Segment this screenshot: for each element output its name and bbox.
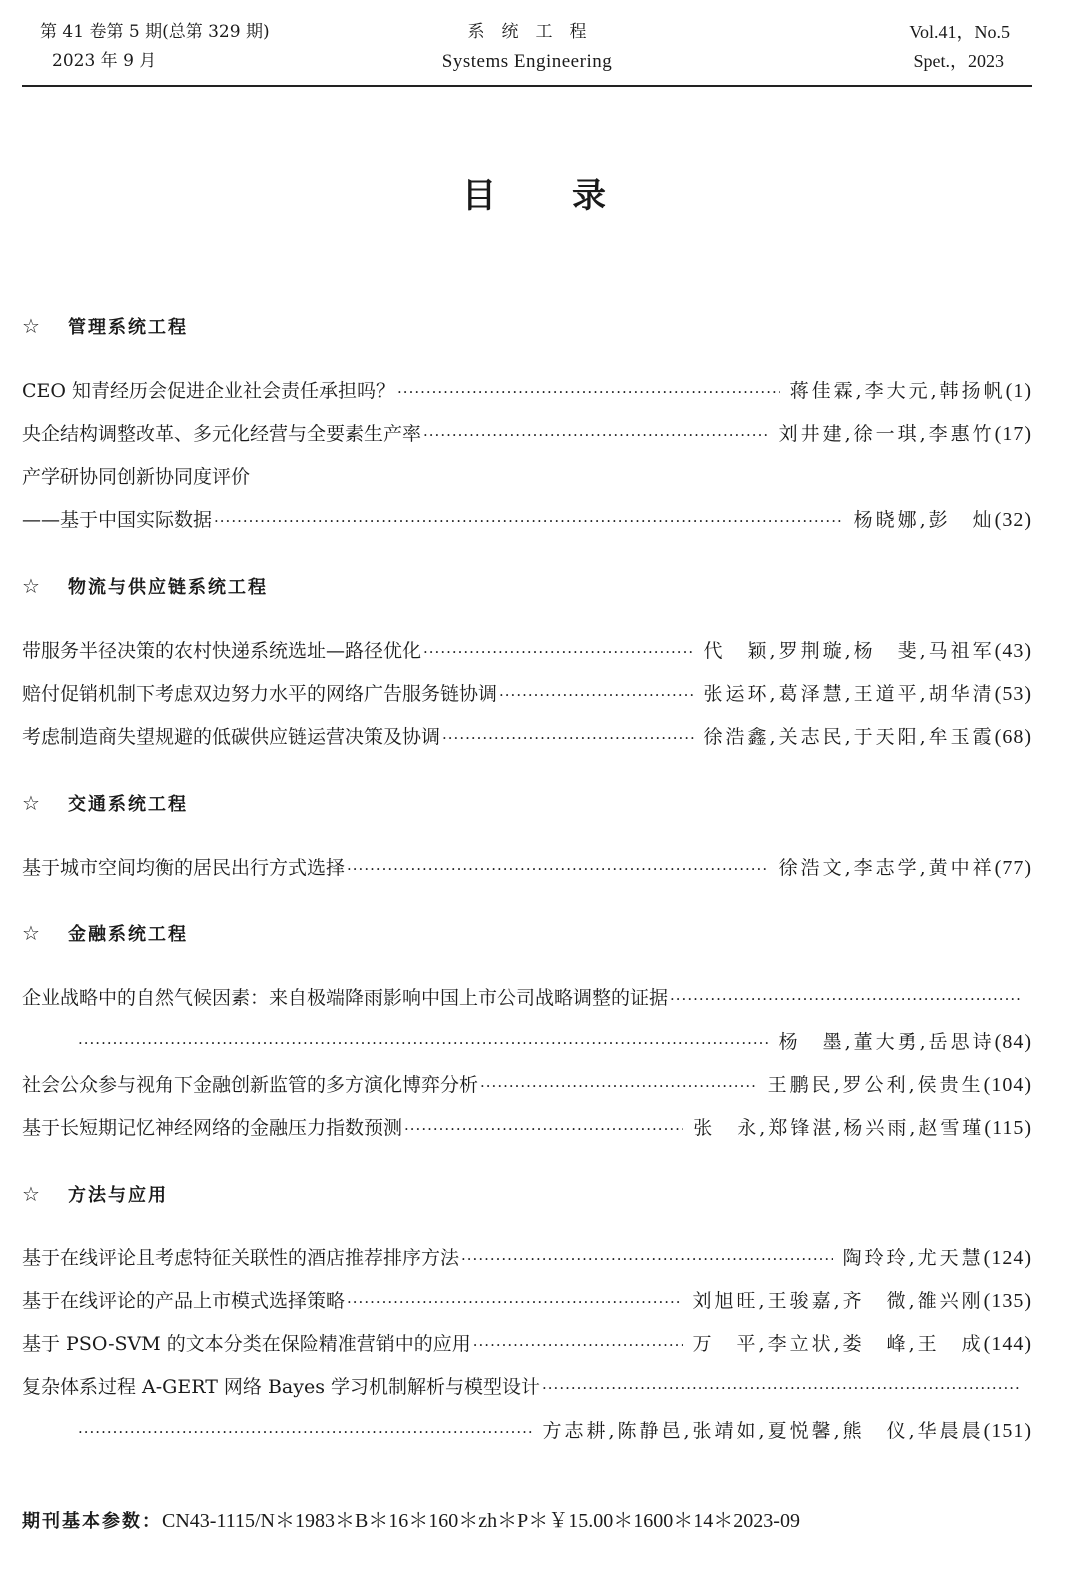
article-title: 基于长短期记忆神经网络的金融压力指数预测 [22, 1113, 402, 1140]
page-number: (68) [995, 726, 1032, 749]
toc-entry[interactable]: 基于在线评论且考虑特征关联性的酒店推荐排序方法 陶玲玲,尤天慧 (124) [22, 1243, 1032, 1273]
toc-entry[interactable]: 基于在线评论的产品上市模式选择策略 刘旭旺,王骏嘉,齐 微,雒兴刚 (135) [22, 1286, 1032, 1316]
article-title: 基于在线评论的产品上市模式选择策略 [22, 1286, 345, 1313]
toc-entry-title-line[interactable]: 复杂体系过程 A-GERT 网络 Bayes 学习机制解析与模型设计 [22, 1372, 1032, 1402]
toc-entry[interactable]: 基于 PSO-SVM 的文本分类在保险精准营销中的应用 万 平,李立状,娄 峰,… [22, 1329, 1032, 1359]
page-number: (151) [984, 1420, 1032, 1443]
article-title: 考虑制造商失望规避的低碳供应链运营决策及协调 [22, 722, 440, 749]
toc-entry[interactable]: 央企结构调整改革、多元化经营与全要素生产率 刘井建,徐一琪,李惠竹 (17) [22, 419, 1032, 449]
header-divider [22, 85, 1032, 87]
page-number: (124) [984, 1247, 1032, 1270]
toc-entry[interactable]: 方志耕,陈静邑,张靖如,夏悦馨,熊 仪,华晨晨 (151) [22, 1416, 1032, 1446]
article-authors: 王鹏民,罗公利,侯贵生 [768, 1070, 984, 1097]
page-number: (17) [995, 423, 1032, 446]
toc-entry[interactable]: 杨 墨,董大勇,岳思诗 (84) [22, 1027, 1032, 1057]
leader-dots [461, 1250, 833, 1268]
page-number: (144) [984, 1333, 1032, 1356]
page-number: (77) [995, 857, 1032, 880]
page-number: (115) [984, 1117, 1032, 1140]
section-title: 交通系统工程 [68, 794, 188, 815]
section-title: 物流与供应链系统工程 [68, 577, 268, 598]
article-authors: 代 颖,罗荆璇,杨 斐,马祖军 [704, 636, 995, 663]
journal-name: 系统工程 Systems Engineering [22, 18, 1032, 76]
journal-name-cn: 系统工程 [22, 18, 1032, 47]
leader-dots [499, 686, 694, 704]
parameters-value: CN43-1115/N＊1983＊B＊16＊160＊zh＊P＊￥15.00＊16… [162, 1510, 800, 1532]
leader-dots [480, 1077, 758, 1095]
page-number: (84) [995, 1031, 1032, 1054]
section-title: 金融系统工程 [68, 924, 188, 945]
article-authors: 张 永,郑锋湛,杨兴雨,赵雪瑾 [693, 1113, 984, 1140]
article-title: 产学研协同创新协同度评价 [22, 462, 250, 489]
date-en: Spet.，2023 [909, 47, 1010, 76]
star-icon: ☆ [22, 574, 68, 598]
journal-header: 第 41 卷第 5 期(总第 329 期) 2023 年 9 月 系统工程 Sy… [22, 18, 1032, 88]
star-icon: ☆ [22, 314, 68, 338]
toc-entry[interactable]: 赔付促销机制下考虑双边努力水平的网络广告服务链协调 张运环,葛泽慧,王道平,胡华… [22, 679, 1032, 709]
star-icon: ☆ [22, 1182, 68, 1206]
toc-entry[interactable]: 社会公众参与视角下金融创新监管的多方演化博弈分析 王鹏民,罗公利,侯贵生 (10… [22, 1070, 1032, 1100]
section-heading: ☆管理系统工程 [22, 313, 188, 339]
toc-entry-title-line[interactable]: 企业战略中的自然气候因素：来自极端降雨影响中国上市公司战略调整的证据 [22, 983, 1032, 1013]
leader-dots [670, 990, 1022, 1008]
page-title: 目录 [0, 168, 1068, 217]
volume-info-en: Vol.41，No.5 Spet.，2023 [909, 18, 1010, 76]
journal-parameters: 期刊基本参数：CN43-1115/N＊1983＊B＊16＊160＊zh＊P＊￥1… [22, 1504, 800, 1533]
article-title: 基于在线评论且考虑特征关联性的酒店推荐排序方法 [22, 1243, 459, 1270]
article-title: 赔付促销机制下考虑双边努力水平的网络广告服务链协调 [22, 679, 497, 706]
article-title: 带服务半径决策的农村快递系统选址—路径优化 [22, 636, 421, 663]
toc-entry[interactable]: 基于城市空间均衡的居民出行方式选择 徐浩文,李志学,黄中祥 (77) [22, 853, 1032, 883]
toc-entry[interactable]: CEO 知青经历会促进企业社会责任承担吗？ 蒋佳霖,李大元,韩扬帆 (1) [22, 376, 1032, 406]
page-number: (135) [984, 1290, 1032, 1313]
page-number: (104) [984, 1074, 1032, 1097]
star-icon: ☆ [22, 791, 68, 815]
leader-dots [214, 512, 844, 530]
toc-entry-title-line[interactable]: 产学研协同创新协同度评价 [22, 462, 1032, 492]
leader-dots [347, 1293, 683, 1311]
article-authors: 刘旭旺,王骏嘉,齐 微,雒兴刚 [693, 1286, 984, 1313]
page-number: (32) [995, 509, 1032, 532]
article-title: 复杂体系过程 A-GERT 网络 Bayes 学习机制解析与模型设计 [22, 1372, 540, 1399]
vol-no: Vol.41，No.5 [909, 18, 1010, 47]
section-heading: ☆金融系统工程 [22, 920, 188, 946]
parameters-label: 期刊基本参数： [22, 1511, 162, 1532]
article-authors: 张运环,葛泽慧,王道平,胡华清 [704, 679, 995, 706]
toc-entry[interactable]: 考虑制造商失望规避的低碳供应链运营决策及协调 徐浩鑫,关志民,于天阳,牟玉霞 (… [22, 722, 1032, 752]
journal-name-en: Systems Engineering [22, 47, 1032, 76]
article-title: 央企结构调整改革、多元化经营与全要素生产率 [22, 419, 421, 446]
leader-dots [78, 1423, 532, 1441]
section-heading: ☆物流与供应链系统工程 [22, 573, 268, 599]
toc-entry[interactable]: 带服务半径决策的农村快递系统选址—路径优化 代 颖,罗荆璇,杨 斐,马祖军 (4… [22, 636, 1032, 666]
article-authors: 万 平,李立状,娄 峰,王 成 [693, 1329, 984, 1356]
toc-entry[interactable]: ——基于中国实际数据 杨晓娜,彭 灿 (32) [22, 505, 1032, 535]
leader-dots [542, 1379, 1022, 1397]
toc-entry[interactable]: 基于长短期记忆神经网络的金融压力指数预测 张 永,郑锋湛,杨兴雨,赵雪瑾 (11… [22, 1113, 1032, 1143]
star-icon: ☆ [22, 921, 68, 945]
section-title: 方法与应用 [68, 1185, 168, 1206]
article-authors: 徐浩鑫,关志民,于天阳,牟玉霞 [704, 722, 995, 749]
article-title: 社会公众参与视角下金融创新监管的多方演化博弈分析 [22, 1070, 478, 1097]
leader-dots [442, 729, 694, 747]
leader-dots [404, 1120, 683, 1138]
article-authors: 徐浩文,李志学,黄中祥 [779, 853, 995, 880]
page-number: (53) [995, 683, 1032, 706]
article-authors: 蒋佳霖,李大元,韩扬帆 [790, 376, 1006, 403]
article-authors: 陶玲玲,尤天慧 [843, 1243, 984, 1270]
leader-dots [397, 383, 780, 401]
leader-dots [347, 860, 769, 878]
leader-dots [78, 1034, 769, 1052]
article-title: CEO 知青经历会促进企业社会责任承担吗？ [22, 376, 395, 403]
section-heading: ☆方法与应用 [22, 1181, 168, 1207]
article-subtitle: ——基于中国实际数据 [22, 505, 212, 532]
leader-dots [423, 426, 769, 444]
page-number: (1) [1006, 380, 1032, 403]
leader-dots [423, 643, 694, 661]
article-title: 企业战略中的自然气候因素：来自极端降雨影响中国上市公司战略调整的证据 [22, 983, 668, 1010]
section-heading: ☆交通系统工程 [22, 790, 188, 816]
leader-dots [473, 1336, 683, 1354]
page-number: (43) [995, 640, 1032, 663]
article-authors: 刘井建,徐一琪,李惠竹 [779, 419, 995, 446]
article-authors: 方志耕,陈静邑,张靖如,夏悦馨,熊 仪,华晨晨 [542, 1416, 983, 1443]
article-title: 基于城市空间均衡的居民出行方式选择 [22, 853, 345, 880]
article-authors: 杨 墨,董大勇,岳思诗 [779, 1027, 995, 1054]
article-title: 基于 PSO-SVM 的文本分类在保险精准营销中的应用 [22, 1329, 471, 1356]
section-title: 管理系统工程 [68, 317, 188, 338]
article-authors: 杨晓娜,彭 灿 [854, 505, 995, 532]
